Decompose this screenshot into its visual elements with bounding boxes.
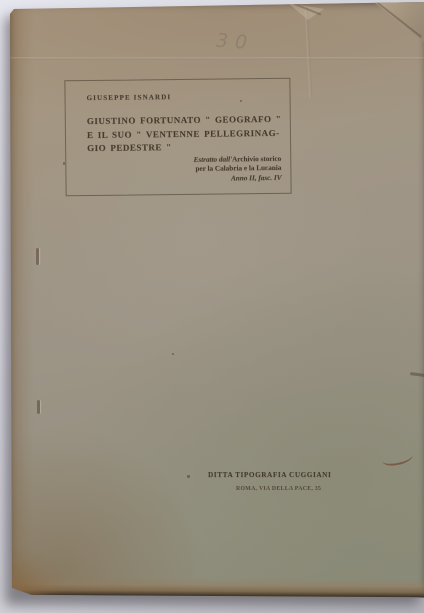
printer-imprint-line-2: ROMA, VIA DELLA PACE, 35: [236, 486, 321, 492]
author-name: GIUSEPPE ISNARDI: [87, 93, 172, 102]
title-frame-box: GIUSEPPE ISNARDI GIUSTINO FORTUNATO " GE…: [64, 78, 291, 197]
paper-speck: [172, 353, 174, 355]
pencil-inscription: 30: [215, 30, 255, 55]
title-block: GIUSTINO FORTUNATO " GEOGRAFO " E IL SUO…: [87, 113, 282, 156]
dog-ear-crease: [374, 2, 424, 42]
printer-imprint-line-1: DITTA TIPOGRAFIA CUGGIANI: [208, 471, 331, 479]
title-line-2: E IL SUO " VENTENNE PELLEGRINAG-: [87, 126, 282, 142]
page-edges: [10, 577, 424, 598]
vertical-crease: [305, 6, 313, 98]
paper-speck: [187, 475, 190, 478]
photo-scene: 30 GIUSEPPE ISNARDI GIUSTINO FORTUNATO "…: [0, 0, 424, 613]
scratch-mark: [381, 449, 414, 468]
edge-nick: [410, 372, 424, 377]
source-line-1-prefix: Estratto dall': [193, 155, 232, 163]
staple-bottom: [37, 400, 40, 414]
source-line-3: Anno II, fasc. IV: [194, 174, 282, 184]
booklet-cover: 30 GIUSEPPE ISNARDI GIUSTINO FORTUNATO "…: [10, 2, 424, 598]
spine-shading: [10, 8, 34, 588]
horizontal-crease: [10, 57, 424, 60]
title-line-3: GIO PEDESTRE ": [87, 140, 282, 156]
staple-top: [36, 248, 39, 265]
source-note: Estratto dall'Archivio storico per la Ca…: [193, 155, 281, 184]
source-line-1-journal: Archivio storico: [232, 155, 281, 164]
